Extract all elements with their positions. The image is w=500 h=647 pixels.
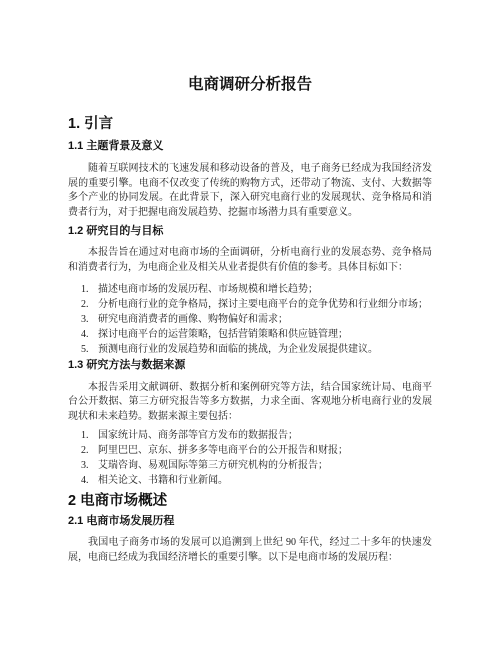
data-sources-list: 1. 国家统计局、商务部等官方发布的数据报告； 2. 阿里巴巴、京东、拼多多等电… <box>68 428 432 488</box>
list-item-number: 2. <box>81 443 98 458</box>
list-item-text: 相关论文、书籍和行业新闻。 <box>98 473 432 488</box>
list-item-number: 1. <box>81 428 98 443</box>
list-item: 1. 国家统计局、商务部等官方发布的数据报告； <box>81 428 432 443</box>
list-item-text: 阿里巴巴、京东、拼多多等电商平台的公开报告和财报； <box>98 443 432 458</box>
list-item-number: 4. <box>81 473 98 488</box>
list-item-number: 3. <box>81 458 98 473</box>
list-item-text: 预测电商行业的发展趋势和面临的挑战，为企业发展提供建议。 <box>98 342 432 357</box>
list-item-number: 3. <box>81 312 98 327</box>
list-item-text: 探讨电商平台的运营策略，包括营销策略和供应链管理； <box>98 327 432 342</box>
list-item-text: 艾瑞咨询、易观国际等第三方研究机构的分析报告； <box>98 458 432 473</box>
document-page: 电商调研分析报告 1. 引言 1.1 主题背景及意义 随着互联网技术的飞速发展和… <box>0 0 500 647</box>
section-1-2-paragraph: 本报告旨在通过对电商市场的全面调研，分析电商行业的发展态势、竞争格局和消费者行为… <box>68 246 432 275</box>
list-item: 2. 分析电商行业的竞争格局，探讨主要电商平台的竞争优势和行业细分市场； <box>81 297 432 312</box>
section-2-1-heading: 2.1 电商市场发展历程 <box>68 515 432 528</box>
list-item-text: 国家统计局、商务部等官方发布的数据报告； <box>98 428 432 443</box>
list-item: 5. 预测电商行业的发展趋势和面临的挑战，为企业发展提供建议。 <box>81 342 432 357</box>
section-1-heading: 1. 引言 <box>68 116 432 133</box>
section-1-3-heading: 1.3 研究方法与数据来源 <box>68 359 432 372</box>
list-item-text: 描述电商市场的发展历程、市场规模和增长趋势； <box>98 282 432 297</box>
section-2-1-paragraph: 我国电子商务市场的发展可以追溯到上世纪 90 年代，经过二十多年的快速发展，电商… <box>68 536 432 565</box>
list-item-text: 研究电商消费者的画像、购物偏好和需求； <box>98 312 432 327</box>
section-1-2-heading: 1.2 研究目的与目标 <box>68 225 432 238</box>
section-1-1-heading: 1.1 主题背景及意义 <box>68 140 432 153</box>
list-item-number: 2. <box>81 297 98 312</box>
section-1-1-paragraph: 随着互联网技术的飞速发展和移动设备的普及，电子商务已经成为我国经济发展的重要引擎… <box>68 162 432 220</box>
list-item-number: 1. <box>81 282 98 297</box>
section-1-3-paragraph: 本报告采用文献调研、数据分析和案例研究等方法，结合国家统计局、电商平台公开数据、… <box>68 381 432 425</box>
document-title: 电商调研分析报告 <box>68 74 432 96</box>
list-item: 3. 艾瑞咨询、易观国际等第三方研究机构的分析报告； <box>81 458 432 473</box>
list-item-number: 4. <box>81 327 98 342</box>
list-item: 1. 描述电商市场的发展历程、市场规模和增长趋势； <box>81 282 432 297</box>
section-2-heading: 2 电商市场概述 <box>68 493 432 510</box>
list-item-text: 分析电商行业的竞争格局，探讨主要电商平台的竞争优势和行业细分市场； <box>98 297 432 312</box>
list-item: 4. 探讨电商平台的运营策略，包括营销策略和供应链管理； <box>81 327 432 342</box>
list-item: 2. 阿里巴巴、京东、拼多多等电商平台的公开报告和财报； <box>81 443 432 458</box>
list-item: 4. 相关论文、书籍和行业新闻。 <box>81 473 432 488</box>
objectives-list: 1. 描述电商市场的发展历程、市场规模和增长趋势； 2. 分析电商行业的竞争格局… <box>68 282 432 357</box>
list-item: 3. 研究电商消费者的画像、购物偏好和需求； <box>81 312 432 327</box>
list-item-number: 5. <box>81 342 98 357</box>
